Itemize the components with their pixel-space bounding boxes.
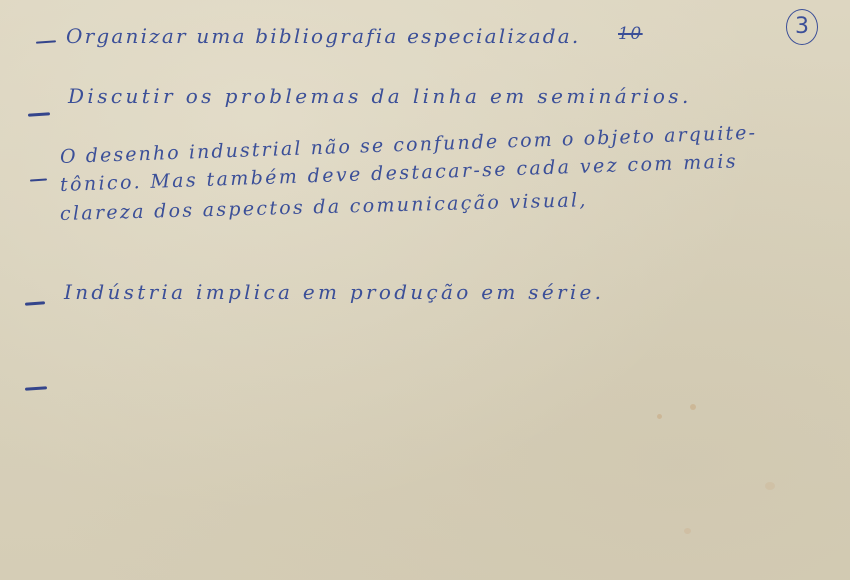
page-number: 3 (795, 14, 809, 39)
struck-mark: 10 (618, 24, 643, 44)
bullet-dash (30, 178, 47, 181)
page-number-circled: 3 (786, 9, 818, 45)
paper-stain (765, 482, 775, 490)
note-text: Organizar uma bibliografia especializada… (66, 24, 580, 48)
paper-sheet: 3 Organizar uma bibliografia especializa… (0, 0, 850, 580)
bullet-dash (36, 40, 56, 43)
bullet-dash (28, 112, 50, 117)
note-text-line: clareza dos aspectos da comunicação visu… (60, 189, 588, 225)
paper-stain (684, 528, 691, 534)
bullet-dash (25, 386, 47, 391)
note-text: Discutir os problemas da linha em seminá… (68, 84, 692, 108)
bullet-dash (25, 301, 45, 305)
paper-stain (657, 414, 662, 419)
note-text: Indústria implica em produção em série. (64, 280, 604, 304)
paper-stain (690, 404, 696, 410)
